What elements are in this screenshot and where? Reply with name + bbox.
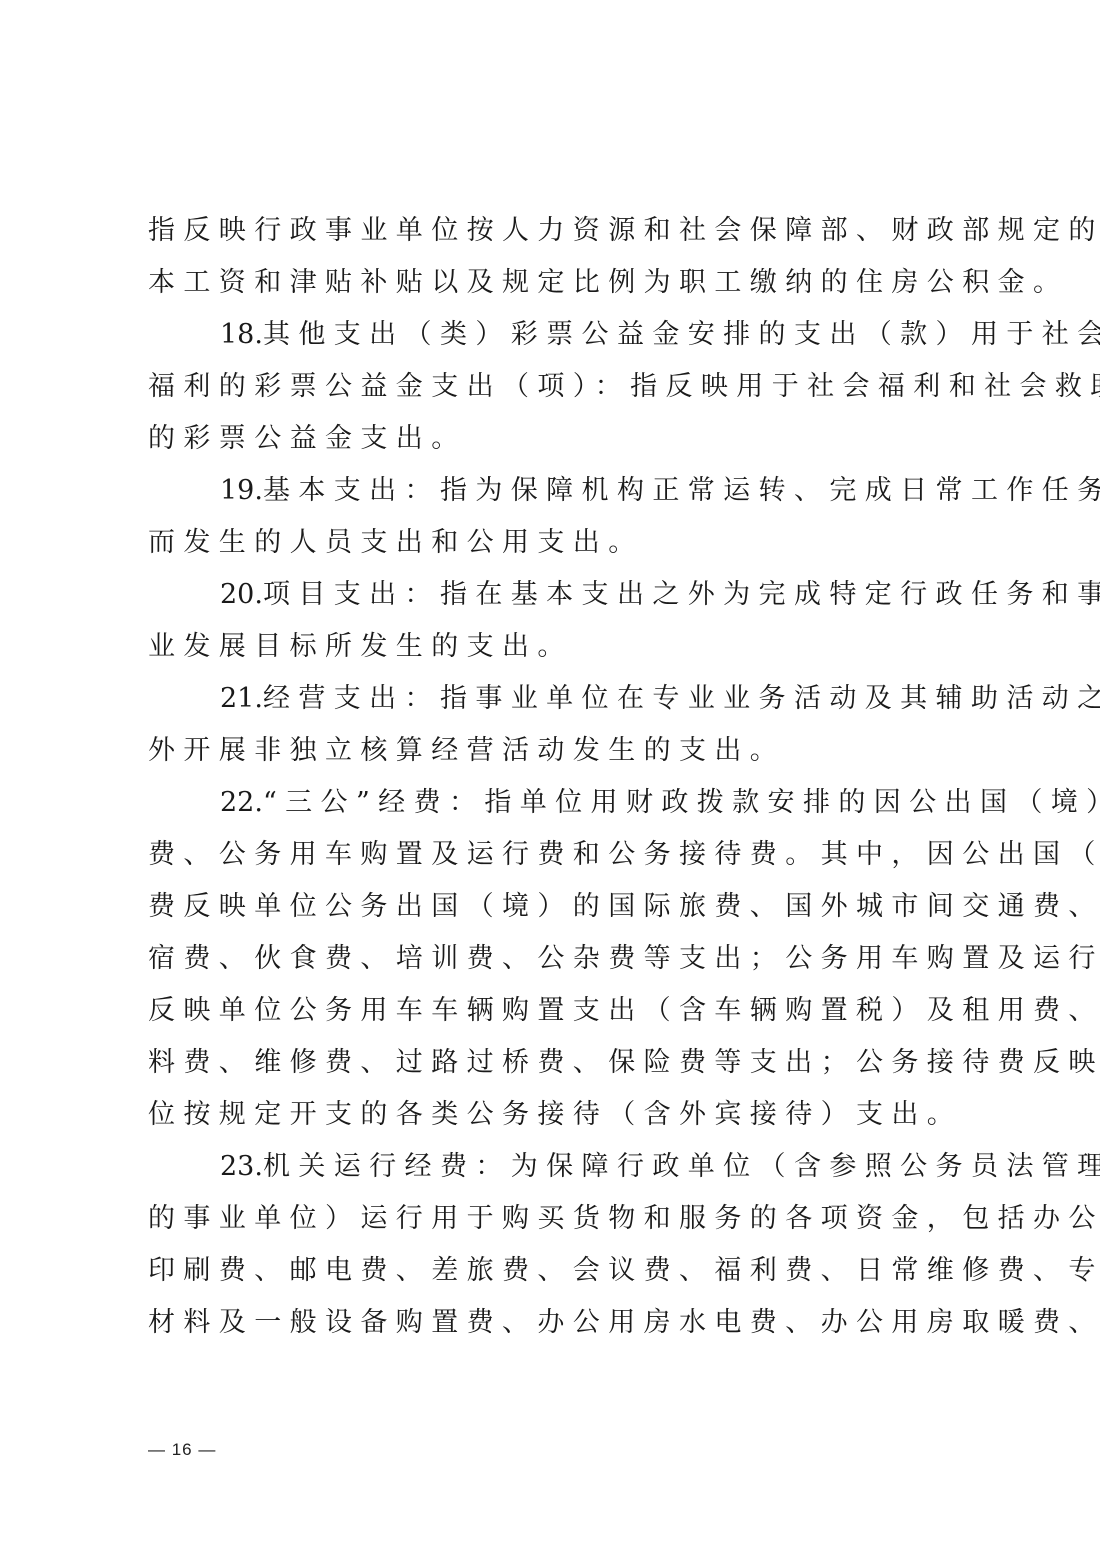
paragraph-20: 20.项目支出：指在基本支出之外为完成特定行政任务和事 业发展目标所发生的支出。 — [148, 569, 968, 673]
paragraph-23: 23.机关运行经费：为保障行政单位（含参照公务员法管理 的事业单位）运行用于购买… — [148, 1141, 968, 1349]
text-line: 本工资和津贴补贴以及规定比例为职工缴纳的住房公积金。 — [148, 257, 968, 309]
text-span: 基本支出：指为保障机构正常运转、完成日常工作任务 — [263, 475, 1100, 506]
text-line: 业发展目标所发生的支出。 — [148, 621, 968, 673]
text-line: 23.机关运行经费：为保障行政单位（含参照公务员法管理 — [148, 1141, 968, 1193]
item-number: 23. — [220, 1151, 263, 1182]
paragraph-22: 22.“三公”经费：指单位用财政拨款安排的因公出国（境） 费、公务用车购置及运行… — [148, 777, 968, 1141]
item-number: 20. — [220, 579, 263, 610]
item-number: 22. — [220, 787, 263, 818]
text-line: 料费、维修费、过路过桥费、保险费等支出；公务接待费反映单 — [148, 1037, 968, 1089]
text-line: 外开展非独立核算经营活动发生的支出。 — [148, 725, 968, 777]
text-line: 反映单位公务用车车辆购置支出（含车辆购置税）及租用费、燃 — [148, 985, 968, 1037]
text-span: 其他支出（类）彩票公益金安排的支出（款）用于社会 — [263, 319, 1100, 350]
text-line: 22.“三公”经费：指单位用财政拨款安排的因公出国（境） — [148, 777, 968, 829]
item-number: 19. — [220, 475, 263, 506]
text-line: 费反映单位公务出国（境）的国际旅费、国外城市间交通费、住 — [148, 881, 968, 933]
text-line: 位按规定开支的各类公务接待（含外宾接待）支出。 — [148, 1089, 968, 1141]
text-line: 材料及一般设备购置费、办公用房水电费、办公用房取暖费、办 — [148, 1297, 968, 1349]
text-line: 的彩票公益金支出。 — [148, 413, 968, 465]
text-line: 21.经营支出：指事业单位在专业业务活动及其辅助活动之 — [148, 673, 968, 725]
text-span: 机关运行经费：为保障行政单位（含参照公务员法管理 — [263, 1151, 1100, 1182]
text-line: 印刷费、邮电费、差旅费、会议费、福利费、日常维修费、专用 — [148, 1245, 968, 1297]
text-span: “三公”经费：指单位用财政拨款安排的因公出国（境） — [263, 787, 1100, 818]
page-number: — 16 — — [148, 1440, 216, 1460]
text-line: 指反映行政事业单位按人力资源和社会保障部、财政部规定的基 — [148, 205, 968, 257]
text-span: 经营支出：指事业单位在专业业务活动及其辅助活动之 — [263, 683, 1100, 714]
text-span: 项目支出：指在基本支出之外为完成特定行政任务和事 — [263, 579, 1100, 610]
text-line: 20.项目支出：指在基本支出之外为完成特定行政任务和事 — [148, 569, 968, 621]
text-line: 宿费、伙食费、培训费、公杂费等支出；公务用车购置及运行费 — [148, 933, 968, 985]
paragraph-21: 21.经营支出：指事业单位在专业业务活动及其辅助活动之 外开展非独立核算经营活动… — [148, 673, 968, 777]
document-body: 指反映行政事业单位按人力资源和社会保障部、财政部规定的基 本工资和津贴补贴以及规… — [148, 205, 968, 1349]
text-line: 费、公务用车购置及运行费和公务接待费。其中，因公出国（境） — [148, 829, 968, 881]
paragraph-17-continuation: 指反映行政事业单位按人力资源和社会保障部、财政部规定的基 本工资和津贴补贴以及规… — [148, 205, 968, 309]
text-line: 的事业单位）运行用于购买货物和服务的各项资金，包括办公及 — [148, 1193, 968, 1245]
text-line: 19.基本支出：指为保障机构正常运转、完成日常工作任务 — [148, 465, 968, 517]
item-number: 21. — [220, 683, 263, 714]
paragraph-19: 19.基本支出：指为保障机构正常运转、完成日常工作任务 而发生的人员支出和公用支… — [148, 465, 968, 569]
paragraph-18: 18.其他支出（类）彩票公益金安排的支出（款）用于社会 福利的彩票公益金支出（项… — [148, 309, 968, 465]
item-number: 18. — [220, 319, 263, 350]
text-line: 而发生的人员支出和公用支出。 — [148, 517, 968, 569]
text-line: 福利的彩票公益金支出（项）：指反映用于社会福利和社会救助 — [148, 361, 968, 413]
text-line: 18.其他支出（类）彩票公益金安排的支出（款）用于社会 — [148, 309, 968, 361]
